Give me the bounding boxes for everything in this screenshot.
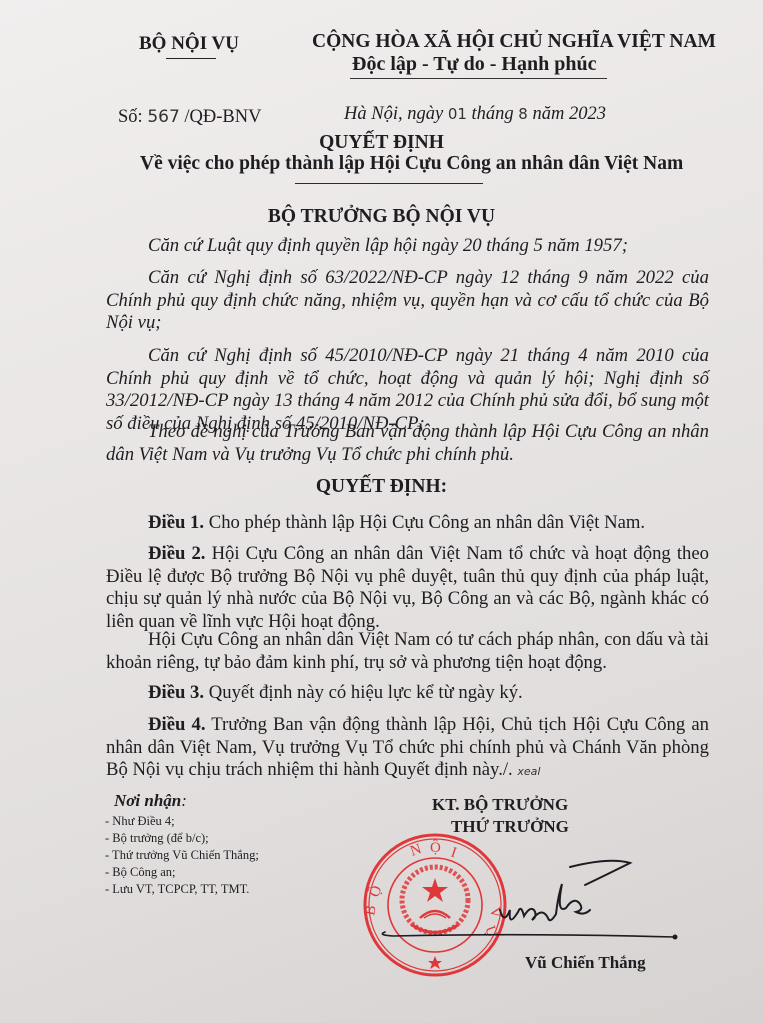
recipient-item: - Thứ trưởng Vũ Chiến Thắng;	[105, 847, 259, 864]
decision-heading: QUYẾT ĐỊNH:	[0, 476, 763, 498]
subtitle-underline	[295, 183, 483, 184]
article-1: Điều 1. Cho phép thành lập Hội Cựu Công …	[106, 512, 709, 535]
handwritten-day: 01	[448, 105, 467, 123]
signer-name: Vũ Chiến Thắng	[525, 953, 646, 973]
preamble-4: Theo đề nghị của Trưởng Ban vận động thà…	[106, 421, 709, 466]
place-date: Hà Nội, ngày 01 tháng 8 năm 2023	[344, 104, 606, 125]
handwritten-note: xeal	[517, 765, 540, 778]
recipient-item: - Như Điều 4;	[105, 813, 259, 830]
handwritten-month: 8	[518, 105, 528, 123]
document-subtitle: Về việc cho phép thành lập Hội Cựu Công …	[140, 153, 683, 175]
country-name: CỘNG HÒA XÃ HỘI CHỦ NGHĨA VIỆT NAM	[312, 31, 716, 53]
recipients-title: Nơi nhận:	[114, 791, 187, 811]
preamble-2: Căn cứ Nghị định số 63/2022/NĐ-CP ngày 1…	[106, 267, 709, 335]
issuer-heading: BỘ TRƯỞNG BỘ NỘI VỤ	[0, 206, 763, 228]
signer-role-line1: KT. BỘ TRƯỞNG	[432, 795, 568, 815]
national-motto: Độc lập - Tự do - Hạnh phúc	[352, 53, 596, 76]
handwritten-number: 567	[147, 107, 179, 127]
ministry-name: BỘ NỘI VỤ	[139, 33, 239, 55]
article-2-paragraph-2: Hội Cựu Công an nhân dân Việt Nam có tư …	[106, 629, 709, 674]
document-page: BỘ NỘI VỤ CỘNG HÒA XÃ HỘI CHỦ NGHĨA VIỆT…	[0, 0, 763, 1023]
document-number: Số: 567 /QĐ-BNV	[118, 107, 261, 128]
recipients-list: - Như Điều 4; - Bộ trưởng (để b/c); - Th…	[105, 813, 259, 898]
handwritten-signature-icon	[375, 855, 685, 955]
article-4: Điều 4. Trưởng Ban vận động thành lập Hộ…	[106, 714, 709, 784]
recipient-item: - Lưu VT, TCPCP, TT, TMT.	[105, 881, 259, 898]
ministry-underline	[166, 58, 216, 59]
recipient-item: - Bộ Công an;	[105, 864, 259, 881]
article-2: Điều 2. Hội Cựu Công an nhân dân Việt Na…	[106, 543, 709, 633]
svg-text:Ộ: Ộ	[430, 839, 441, 856]
preamble-1: Căn cứ Luật quy định quyền lập hội ngày …	[106, 235, 709, 258]
motto-underline	[350, 78, 607, 79]
article-3: Điều 3. Quyết định này có hiệu lực kể từ…	[106, 682, 709, 705]
recipient-item: - Bộ trưởng (để b/c);	[105, 830, 259, 847]
document-title: QUYẾT ĐỊNH	[0, 132, 763, 154]
